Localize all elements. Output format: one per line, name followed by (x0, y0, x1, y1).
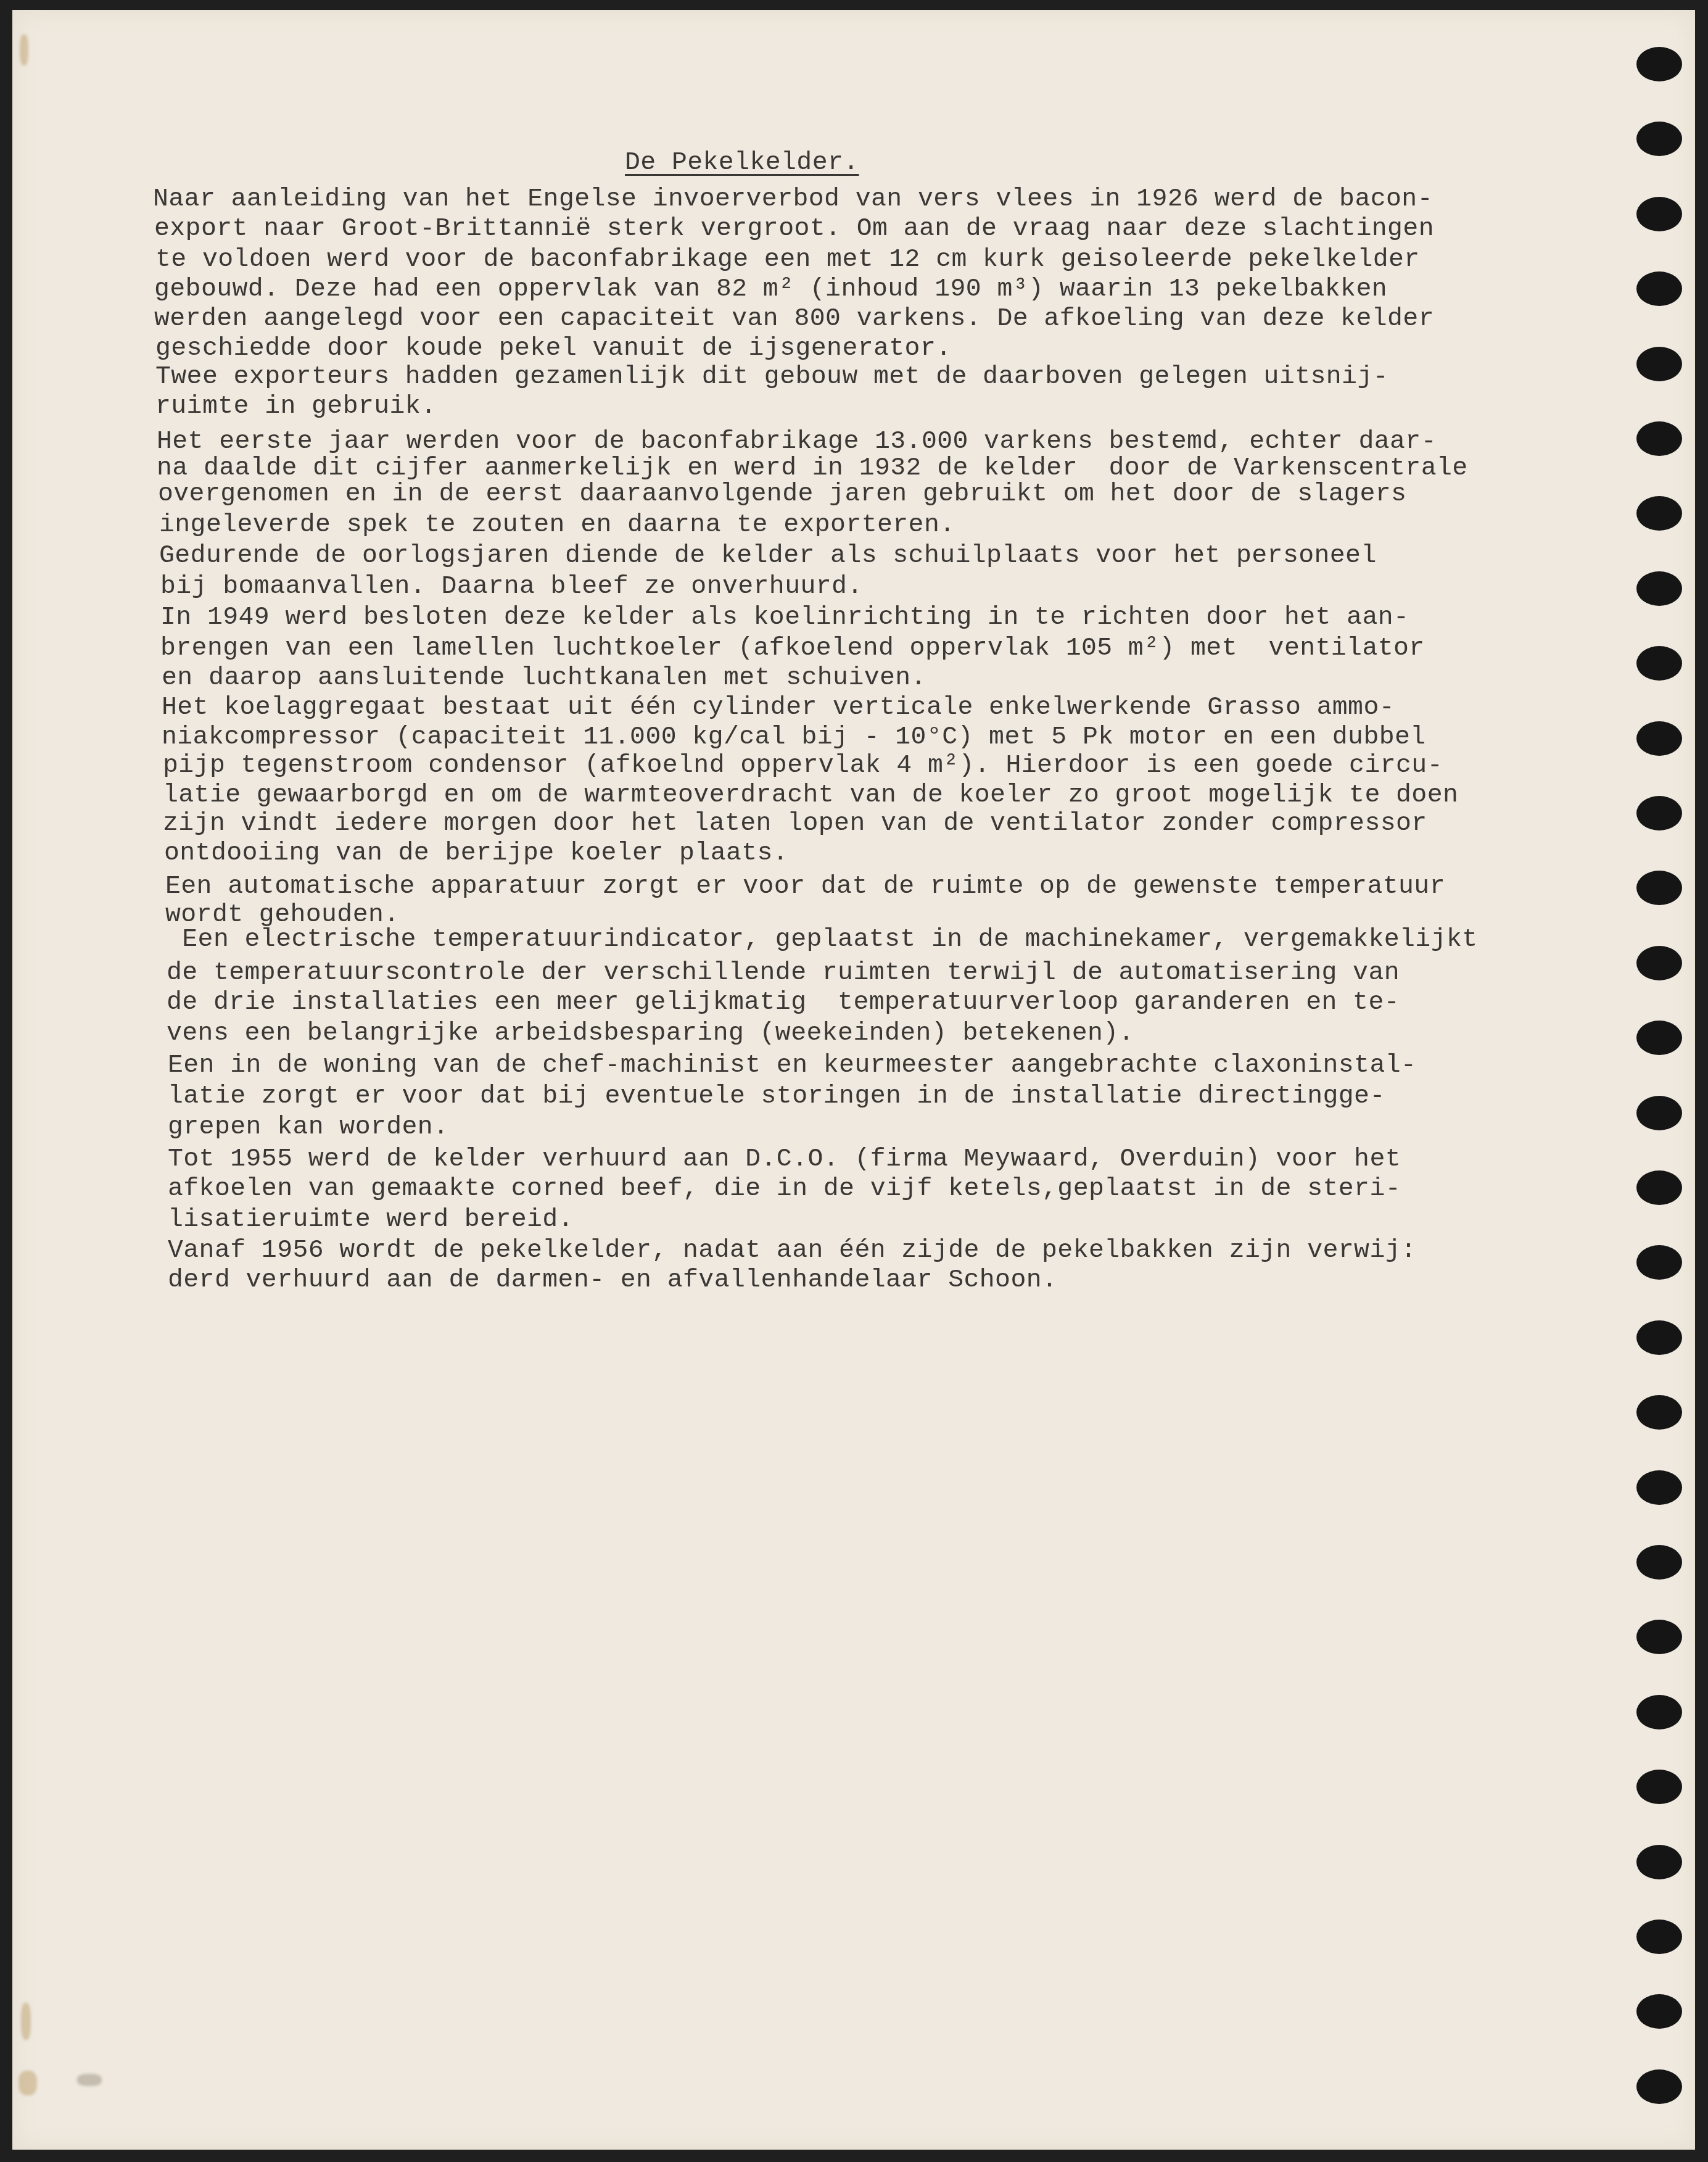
stain-left-3 (19, 2071, 37, 2095)
text-line: en daarop aansluitende luchtkanalen met … (162, 665, 926, 691)
text-line: Naar aanleiding van het Engelse invoerve… (153, 186, 1433, 212)
text-line: grepen kan worden. (168, 1114, 448, 1140)
text-line: brengen van een lamellen luchtkoeler (af… (160, 636, 1425, 661)
punch-hole (1636, 1620, 1682, 1654)
punch-hole (1636, 571, 1682, 606)
punch-hole (1636, 47, 1682, 81)
punch-hole (1636, 1845, 1682, 1879)
punch-hole (1636, 1545, 1682, 1580)
stain-left-2 (21, 2003, 31, 2040)
text-line: ingeleverde spek te zouten en daarna te … (159, 512, 955, 538)
text-line: de temperatuurscontrole der verschillend… (167, 960, 1400, 986)
punch-hole (1636, 1770, 1682, 1804)
punch-hole (1636, 1096, 1682, 1130)
text-line: Een automatische apparatuur zorgt er voo… (165, 874, 1445, 900)
text-line: ruimte in gebruik. (155, 394, 436, 420)
text-line: Het eerste jaar werden voor de baconfabr… (157, 429, 1437, 455)
text-line: bij bomaanvallen. Daarna bleef ze onverh… (160, 574, 863, 600)
text-line: de drie installaties een meer gelijkmati… (167, 990, 1400, 1016)
stain-left-1 (20, 35, 28, 65)
text-line: export naar Groot-Brittannië sterk vergr… (154, 216, 1434, 242)
text-line: derd verhuurd aan de darmen- en afvallen… (168, 1267, 1057, 1293)
text-line: pijp tegenstroom condensor (afkoelnd opp… (163, 753, 1443, 779)
text-line: werden aangelegd voor een capaciteit van… (154, 306, 1434, 332)
text-line: Twee exporteurs hadden gezamenlijk dit g… (155, 364, 1388, 390)
text-line: vens een belangrijke arbeidsbesparing (w… (167, 1021, 1134, 1046)
text-line: overgenomen en in de eerst daaraanvolgen… (158, 481, 1406, 507)
text-line: Een in de woning van de chef-machinist e… (168, 1053, 1416, 1079)
text-line: Vanaf 1956 wordt de pekelkelder, nadat a… (168, 1238, 1416, 1264)
punch-hole (1636, 721, 1682, 756)
text-line: zijn vindt iedere morgen door het laten … (163, 811, 1427, 837)
punch-hole (1636, 347, 1682, 381)
punch-hole (1636, 2069, 1682, 2104)
punch-hole (1636, 421, 1682, 456)
punch-hole (1636, 1395, 1682, 1430)
punch-hole (1636, 1920, 1682, 1954)
punch-hole (1636, 646, 1682, 681)
text-line: latie gewaarborgd en om de warmteoverdra… (163, 782, 1458, 808)
text-line: Gedurende de oorlogsjaren diende de keld… (159, 543, 1377, 569)
text-line: Tot 1955 werd de kelder verhuurd aan D.C… (168, 1146, 1401, 1172)
punch-hole (1636, 1470, 1682, 1505)
document-title: De Pekelkelder. (625, 148, 859, 177)
text-line: afkoelen van gemaakte corned beef, die i… (168, 1176, 1401, 1202)
punch-hole (1636, 1245, 1682, 1280)
punch-hole (1636, 946, 1682, 980)
punch-hole (1636, 871, 1682, 905)
text-line: In 1949 werd besloten deze kelder als ko… (160, 605, 1409, 631)
text-line: lisatieruimte werd bereid. (168, 1207, 574, 1233)
text-line: na daalde dit cijfer aanmerkelijk en wer… (157, 455, 1468, 481)
text-line: te voldoen werd voor de baconfabrikage e… (155, 247, 1420, 273)
text-line: gebouwd. Deze had een oppervlak van 82 m… (154, 276, 1387, 302)
punch-hole (1636, 1170, 1682, 1205)
punch-hole (1636, 122, 1682, 156)
text-line: Het koelaggregaat bestaat uit één cylind… (162, 695, 1395, 721)
punch-hole (1636, 1994, 1682, 2029)
text-line: ontdooiing van de berijpe koeler plaats. (164, 840, 788, 866)
punch-hole (1636, 271, 1682, 306)
text-line: wordt gehouden. (165, 902, 400, 928)
text-line: latie zorgt er voor dat bij eventuele st… (168, 1083, 1385, 1109)
text-line: niakcompressor (capaciteit 11.000 kg/cal… (162, 724, 1426, 750)
text-line: Een electrische temperatuurindicator, ge… (167, 927, 1478, 953)
punch-hole (1636, 1021, 1682, 1055)
text-line: geschiedde door koude pekel vanuit de ij… (155, 336, 952, 362)
punch-hole (1636, 1695, 1682, 1729)
punch-hole (1636, 197, 1682, 231)
punch-hole (1636, 796, 1682, 830)
punch-hole (1636, 1320, 1682, 1355)
stain-bottom-smudge (77, 2074, 102, 2086)
punch-hole (1636, 496, 1682, 531)
